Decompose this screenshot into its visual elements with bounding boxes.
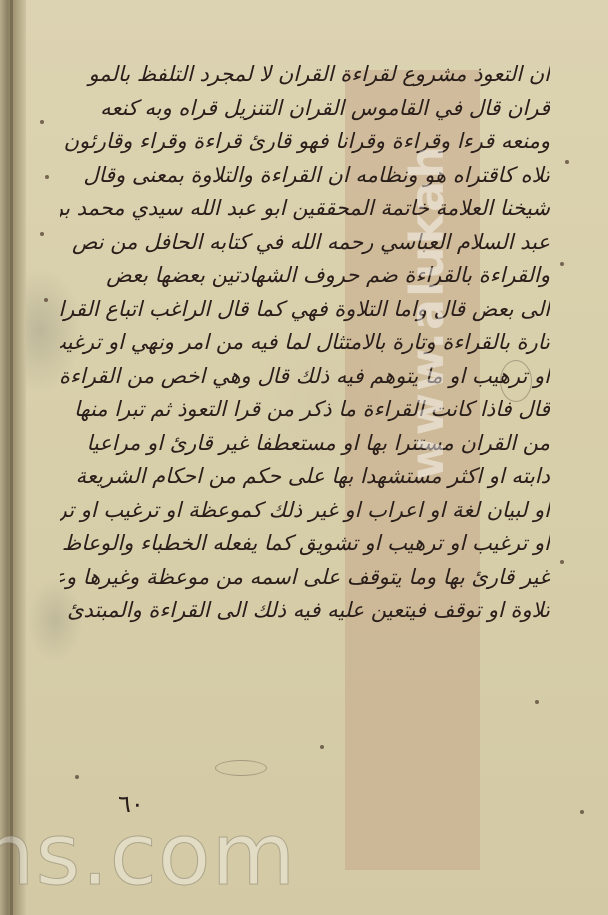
text-line: تارة بالقراءة وتارة بالامتثال لما فيه من… [60, 326, 550, 360]
watermark-domain-text: ns.com [0, 805, 296, 905]
ink-speck [40, 232, 44, 236]
spine-edge-line [10, 0, 13, 915]
text-line: او ترهيب او ما يتوهم فيه ذلك قال وهي اخص… [60, 360, 550, 394]
ink-speck [40, 120, 44, 124]
text-line: ان التعوذ مشروع لقراءة القران لا لمجرد ا… [60, 58, 550, 92]
text-line: تلاه كاقتراه هو ونظامه ان القراءة والتلا… [60, 159, 550, 193]
manuscript-page: ان التعوذ مشروع لقراءة القران لا لمجرد ا… [0, 0, 608, 915]
text-line: شيخنا العلامة خاتمة المحققين ابو عبد الل… [60, 192, 550, 226]
text-line: عبد السلام العباسي رحمه الله في كتابه ال… [60, 226, 550, 260]
text-line: او لبيان لغة او اعراب او غير ذلك كموعظة … [60, 494, 550, 528]
watermark-vertical-text: www.alukah [400, 144, 454, 480]
ink-speck [580, 810, 584, 814]
ink-speck [75, 775, 79, 779]
text-line: والقراءة بالقراءة ضم حروف الشهادتين بعضه… [60, 259, 550, 293]
manuscript-text: ان التعوذ مشروع لقراءة القران لا لمجرد ا… [60, 58, 550, 628]
text-line: او ترغيب او ترهيب او تشويق كما يفعله الخ… [60, 527, 550, 561]
text-line: ومنعه قرءا وقراءة وقرانا فهو قارئ قراءة … [60, 125, 550, 159]
text-line: من القران مستترا بها او مستعطفا غير قارئ… [60, 427, 550, 461]
ink-speck [44, 298, 48, 302]
ink-speck [535, 700, 539, 704]
ink-speck [320, 745, 324, 749]
text-line: دابته او اكثر مستشهدا بها على حكم من احك… [60, 460, 550, 494]
text-line: تلاوة او توقف فيتعين عليه فيه ذلك الى ال… [60, 594, 550, 628]
text-line: قال فاذا كانت القراءة ما ذكر من قرا التع… [60, 393, 550, 427]
paper-stain [215, 760, 267, 776]
text-line: الى بعض قال واما التلاوة فهي كما قال الر… [60, 293, 550, 327]
ink-speck [560, 560, 564, 564]
ink-speck [560, 262, 564, 266]
book-spine [0, 0, 26, 915]
ink-speck [565, 160, 569, 164]
ink-speck [45, 175, 49, 179]
text-line: غير قارئ بها وما يتوقف على اسمه من موعظة… [60, 561, 550, 595]
text-line: قران قال في القاموس القران التنزيل قراه … [60, 92, 550, 126]
